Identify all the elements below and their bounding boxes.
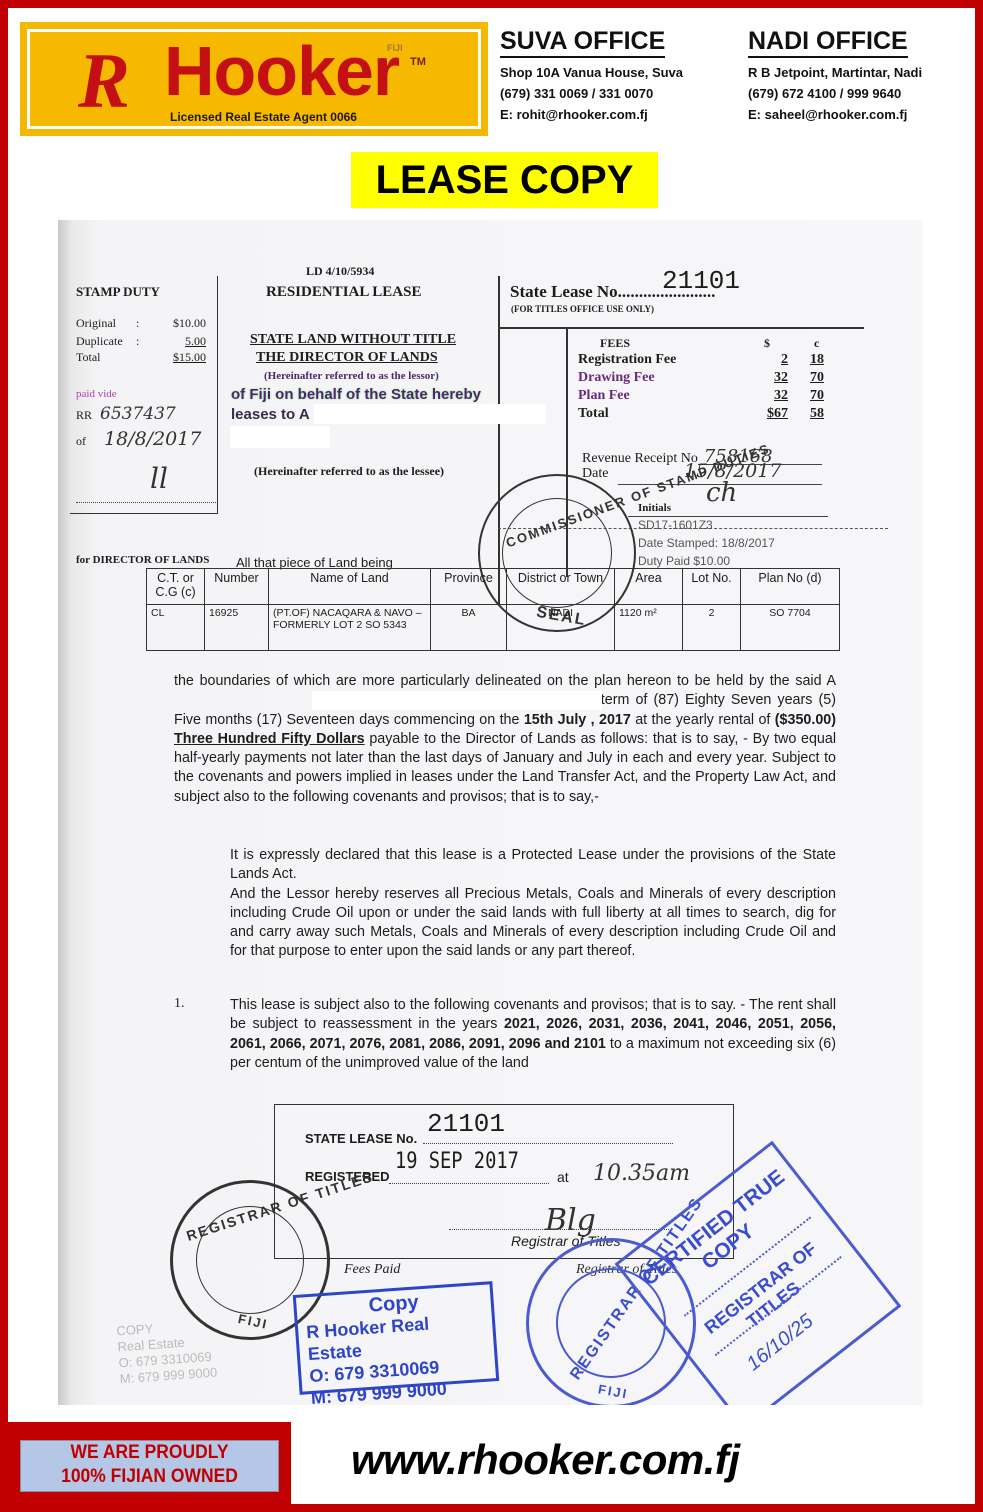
clause-number: 1.: [174, 996, 185, 1012]
of-fiji-text: of Fiji on behalf of the State hereby: [231, 386, 481, 403]
suva-office-title: SUVA OFFICE: [500, 28, 665, 58]
for-director-label: for DIRECTOR OF LANDS: [76, 554, 209, 566]
divider: [498, 327, 864, 329]
nadi-email[interactable]: E: saheel@rhooker.com.fj: [748, 104, 922, 125]
fees-paid-label: Fees Paid: [344, 1262, 400, 1278]
divider: [628, 516, 828, 517]
director-heading: THE DIRECTOR OF LANDS: [256, 350, 438, 366]
stamp-duty-title: STAMP DUTY: [76, 284, 160, 300]
table-row: CL 16925 (PT.OF) NACAQARA & NAVO – FORME…: [147, 605, 840, 651]
leases-to-text: leases to A: [231, 406, 310, 423]
badge-line-1: WE ARE PROUDLY: [31, 1441, 267, 1465]
nadi-address: R B Jetpoint, Martintar, Nadi: [748, 62, 922, 83]
badge-line-2: 100% FIJIAN OWNED: [31, 1465, 267, 1489]
reassessment-paragraph: This lease is subject also to the follow…: [230, 996, 836, 1073]
logo-r-mark: R: [78, 42, 130, 120]
stamp-duty-box: STAMP DUTY Original: $10.00 Duplicate: 5…: [70, 276, 218, 514]
stamp-info-date: Date Stamped: 18/8/2017: [638, 536, 775, 550]
stamp-duty-original: Original: $10.00: [76, 316, 206, 331]
suva-office: SUVA OFFICE Shop 10A Vanua House, Suva (…: [500, 28, 683, 125]
logo-country: FIJI: [387, 43, 403, 53]
logo-license: Licensed Real Estate Agent 0066: [170, 110, 357, 124]
suva-email[interactable]: E: rohit@rhooker.com.fj: [500, 104, 683, 125]
lease-copy-banner: LEASE COPY: [351, 152, 658, 208]
ghost-stamp-offset: COPYReal EstateO: 679 3310069M: 679 999 …: [116, 1317, 218, 1388]
logo-trademark: TM: [410, 56, 426, 68]
paid-vide-label: paid vide: [76, 388, 117, 400]
state-lease-number: 21101: [662, 266, 740, 296]
signature-line: [76, 502, 216, 503]
website-link[interactable]: www.rhooker.com.fj: [351, 1436, 740, 1484]
state-land-heading: STATE LAND WITHOUT TITLE: [250, 332, 456, 348]
registered-time: 10.35am: [593, 1161, 690, 1186]
redaction: [312, 691, 602, 710]
rhooker-logo[interactable]: R Hooker FIJI TM Licensed Real Estate Ag…: [20, 22, 488, 136]
registered-date: 19 SEP 2017: [395, 1149, 519, 1174]
dotted-line: [389, 1183, 549, 1184]
dotted-line: [423, 1143, 673, 1144]
fijian-owned-badge: WE ARE PROUDLY 100% FIJIAN OWNED: [20, 1440, 279, 1492]
ld-number: LD 4/10/5934: [306, 264, 374, 279]
scanned-lease-document: STAMP DUTY Original: $10.00 Duplicate: 5…: [58, 220, 923, 1405]
dotted-line: [449, 1229, 669, 1230]
nadi-phone: (679) 672 4100 / 999 9640: [748, 83, 922, 104]
protected-lease-paragraph: It is expressly declared that this lease…: [230, 846, 836, 962]
lessee-note: (Hereinafter referred to as the lessee): [254, 464, 444, 479]
state-lease-no-label: STATE LEASE No.: [305, 1131, 417, 1146]
stamp-info-ref: SD17-1601Z3: [638, 518, 713, 532]
stamp-info-duty: Duty Paid $10.00: [638, 554, 730, 568]
initials-signature: ch: [706, 478, 737, 508]
fees-dollar-head: $: [764, 336, 770, 351]
copy-stamp: Copy R Hooker Real Estate O: 679 3310069…: [293, 1281, 499, 1395]
at-label: at: [557, 1169, 569, 1185]
footer-url-panel: www.rhooker.com.fj: [291, 1422, 975, 1504]
logo-brand: Hooker: [164, 36, 399, 106]
redaction: [314, 404, 546, 424]
fees-cent-head: c: [814, 336, 819, 351]
director-signature: ll: [150, 462, 168, 495]
stamp-duty-total: Total $15.00: [76, 350, 206, 365]
lease-type: RESIDENTIAL LEASE: [266, 284, 421, 301]
land-table: C.T. or C.G (c) Number Name of Land Prov…: [146, 568, 840, 651]
of-date: of18/8/2017: [76, 428, 201, 450]
nadi-office-title: NADI OFFICE: [748, 28, 908, 58]
titles-office-note: (FOR TITLES OFFICE USE ONLY): [511, 304, 654, 314]
initials-label: Initials: [638, 502, 671, 514]
lessor-note: (Hereinafter referred to as the lessor): [264, 370, 439, 382]
fees-title: FEES: [600, 336, 630, 351]
stamp-duty-duplicate: Duplicate: 5.00: [76, 334, 206, 349]
land-table-header: C.T. or C.G (c) Number Name of Land Prov…: [147, 569, 840, 605]
nadi-office: NADI OFFICE R B Jetpoint, Martintar, Nad…: [748, 28, 922, 125]
rr-receipt: RR6537437: [76, 404, 176, 424]
registered-lease-number: 21101: [427, 1109, 505, 1139]
suva-address: Shop 10A Vanua House, Suva: [500, 62, 683, 83]
redaction: [230, 426, 330, 448]
suva-phone: (679) 331 0069 / 331 0070: [500, 83, 683, 104]
